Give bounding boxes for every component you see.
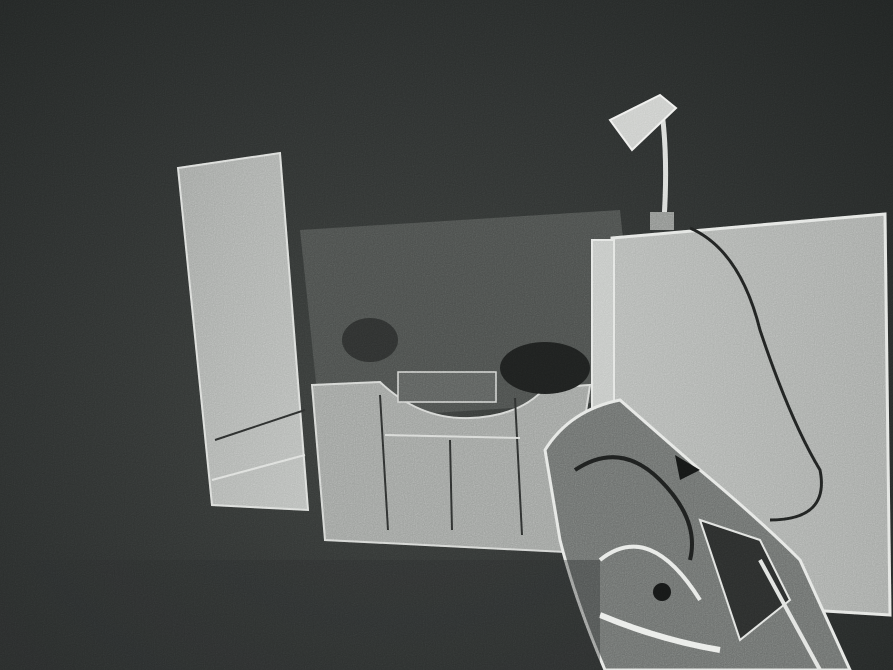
scene-drawing bbox=[0, 0, 893, 670]
left-panel bbox=[178, 153, 308, 510]
photo-scene bbox=[0, 0, 893, 670]
lamp bbox=[610, 95, 676, 230]
